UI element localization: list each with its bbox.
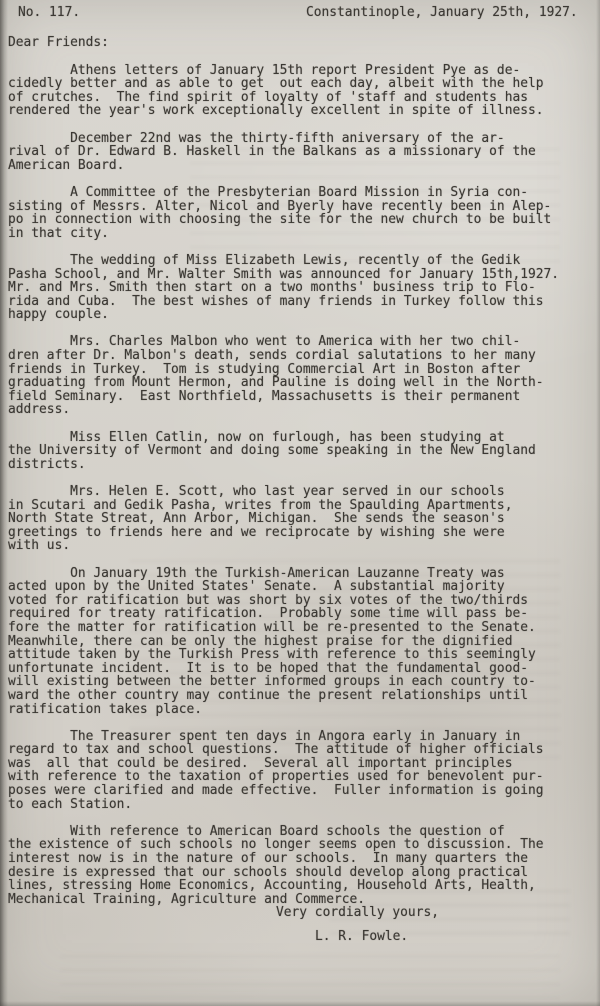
scanned-letter-page: No. 117. Constantinople, January 25th, 1… bbox=[0, 0, 600, 1006]
scan-edge-shadow-bottom bbox=[0, 1001, 600, 1006]
document-number: No. 117. bbox=[18, 6, 80, 20]
dateline: Constantinople, January 25th, 1927. bbox=[306, 6, 578, 20]
scan-edge-shadow-right bbox=[596, 0, 600, 1006]
letter-body: Athens letters of January 15th report Pr… bbox=[8, 64, 600, 907]
salutation: Dear Friends: bbox=[8, 36, 600, 50]
bleedthrough-texture bbox=[60, 955, 560, 999]
scan-edge-shadow-left bbox=[0, 0, 8, 1006]
signature: L. R. Fowle. bbox=[315, 930, 600, 944]
closing-line: Very cordially yours, bbox=[276, 906, 600, 920]
letter-header: No. 117. Constantinople, January 25th, 1… bbox=[0, 0, 600, 20]
